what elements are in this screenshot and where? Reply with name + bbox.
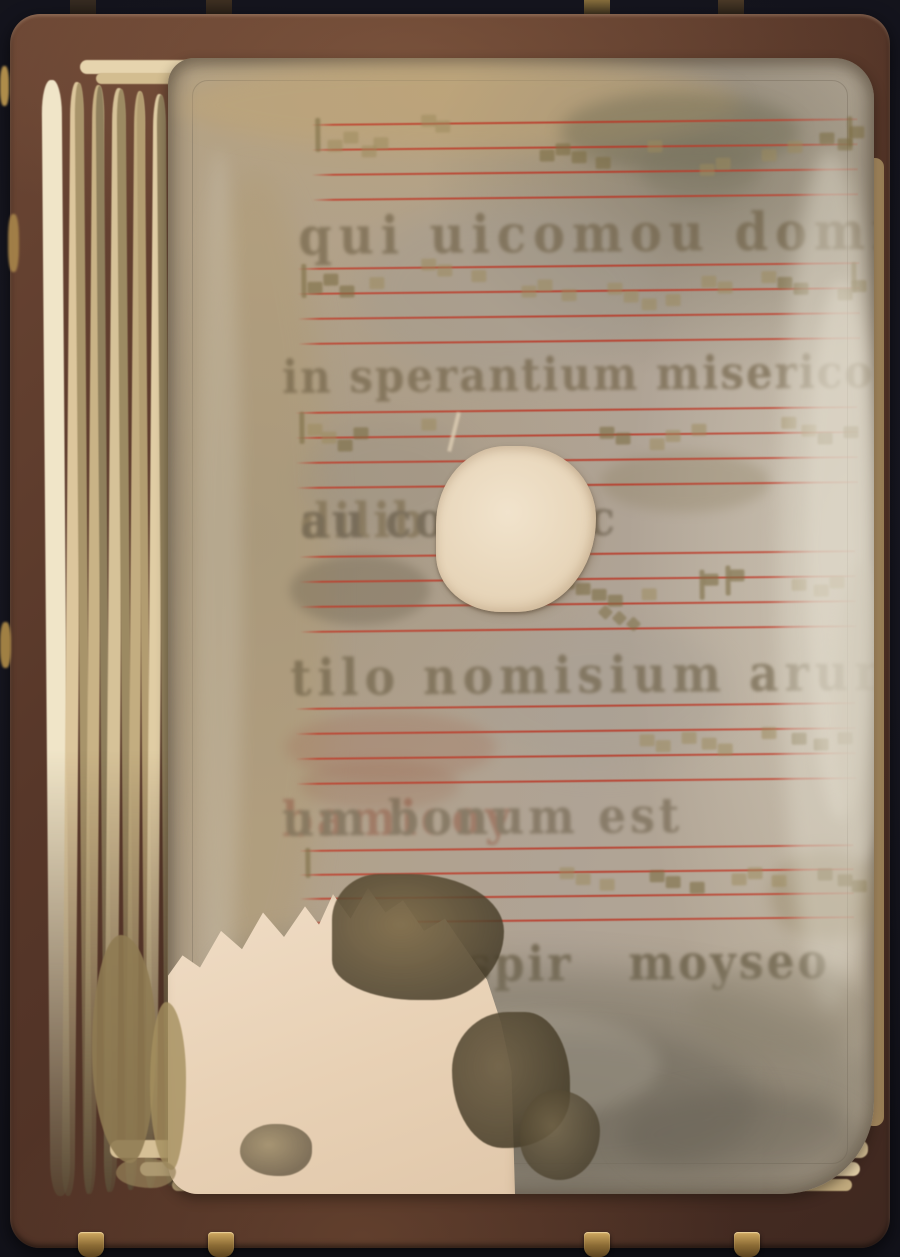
neume xyxy=(373,137,388,149)
neume xyxy=(599,427,614,439)
neume xyxy=(339,285,354,297)
clasp-glint-icon xyxy=(0,66,9,106)
neume xyxy=(559,867,574,879)
neume-bar xyxy=(315,118,320,152)
neume xyxy=(323,274,338,286)
neume xyxy=(819,133,834,145)
neume xyxy=(787,141,802,153)
staff-line xyxy=(312,193,858,201)
chant-text-segment: um bonum est xyxy=(282,788,683,848)
staff-line xyxy=(298,312,860,320)
neume xyxy=(307,282,322,294)
neume xyxy=(703,574,718,586)
neume xyxy=(540,149,555,161)
neume xyxy=(717,281,732,293)
neume xyxy=(562,289,577,301)
neume-diamond xyxy=(598,605,614,621)
neume xyxy=(650,870,665,882)
neume xyxy=(772,875,787,887)
staff-line xyxy=(296,777,856,785)
neume xyxy=(537,279,552,291)
neume xyxy=(729,569,744,581)
neume xyxy=(700,164,715,176)
neume xyxy=(762,149,777,161)
neume xyxy=(307,424,322,436)
neume xyxy=(608,595,623,607)
staff-line xyxy=(298,337,860,345)
neume xyxy=(596,157,611,169)
staff-line xyxy=(296,752,856,760)
neume xyxy=(343,132,358,144)
neume xyxy=(642,298,657,310)
neume xyxy=(572,151,587,163)
torn-parchment-fragment xyxy=(240,1124,312,1176)
brass-foot-icon xyxy=(584,1232,610,1257)
neume-diamond xyxy=(612,610,628,626)
neume xyxy=(321,432,336,444)
neume xyxy=(702,738,717,750)
neume xyxy=(640,734,655,746)
neume xyxy=(747,867,762,879)
clasp-glint-icon xyxy=(8,214,19,272)
neume xyxy=(607,283,622,295)
manuscript-photo: qui uicomou dominin sperantium misericor… xyxy=(0,0,900,1257)
neume xyxy=(471,270,486,282)
neume xyxy=(761,727,776,739)
manuscript-page: qui uicomou dominin sperantium misericor… xyxy=(168,58,874,1194)
neume xyxy=(665,430,680,442)
neume xyxy=(650,438,665,450)
staff-line xyxy=(296,456,858,464)
neume xyxy=(718,743,733,755)
brass-foot-icon xyxy=(734,1232,760,1257)
neume xyxy=(716,158,731,170)
parchment-stain xyxy=(690,960,870,1060)
neume xyxy=(647,140,662,152)
neume xyxy=(592,589,607,601)
staff-line xyxy=(312,168,858,176)
neume xyxy=(421,115,436,127)
staff-line xyxy=(296,431,858,439)
chant-text-segment: qui uicomou domin xyxy=(298,200,874,268)
neume xyxy=(624,290,639,302)
neume xyxy=(666,294,681,306)
neume xyxy=(642,588,657,600)
neume xyxy=(338,439,353,451)
neume xyxy=(666,876,681,888)
brass-foot-icon xyxy=(208,1232,234,1257)
neume xyxy=(761,271,776,283)
neume xyxy=(521,286,536,298)
neume xyxy=(616,432,631,444)
neume-bar xyxy=(299,412,304,444)
parchment-stain xyxy=(196,150,242,1050)
neume xyxy=(576,873,591,885)
neume xyxy=(732,873,747,885)
torn-parchment-fragment xyxy=(332,874,504,1000)
neume xyxy=(682,732,697,744)
clasp-glint-icon xyxy=(0,622,11,668)
neume xyxy=(327,140,342,152)
torn-parchment-fragment xyxy=(150,1002,186,1170)
neume xyxy=(369,277,384,289)
staff-line xyxy=(300,625,856,633)
staff-line xyxy=(300,600,856,608)
neume-bar xyxy=(305,848,310,878)
neume xyxy=(690,882,705,894)
neume xyxy=(777,277,792,289)
neume xyxy=(421,419,436,431)
neume xyxy=(849,126,864,138)
neume xyxy=(656,740,671,752)
parchment-stain xyxy=(620,1090,860,1180)
neume xyxy=(353,427,368,439)
brass-foot-icon xyxy=(78,1232,104,1257)
neume xyxy=(435,121,450,133)
neume xyxy=(555,143,570,155)
neume xyxy=(691,424,706,436)
neume xyxy=(576,583,591,595)
neume xyxy=(701,276,716,288)
neume xyxy=(837,138,852,150)
neume xyxy=(600,879,615,891)
neume-bar xyxy=(301,264,306,298)
